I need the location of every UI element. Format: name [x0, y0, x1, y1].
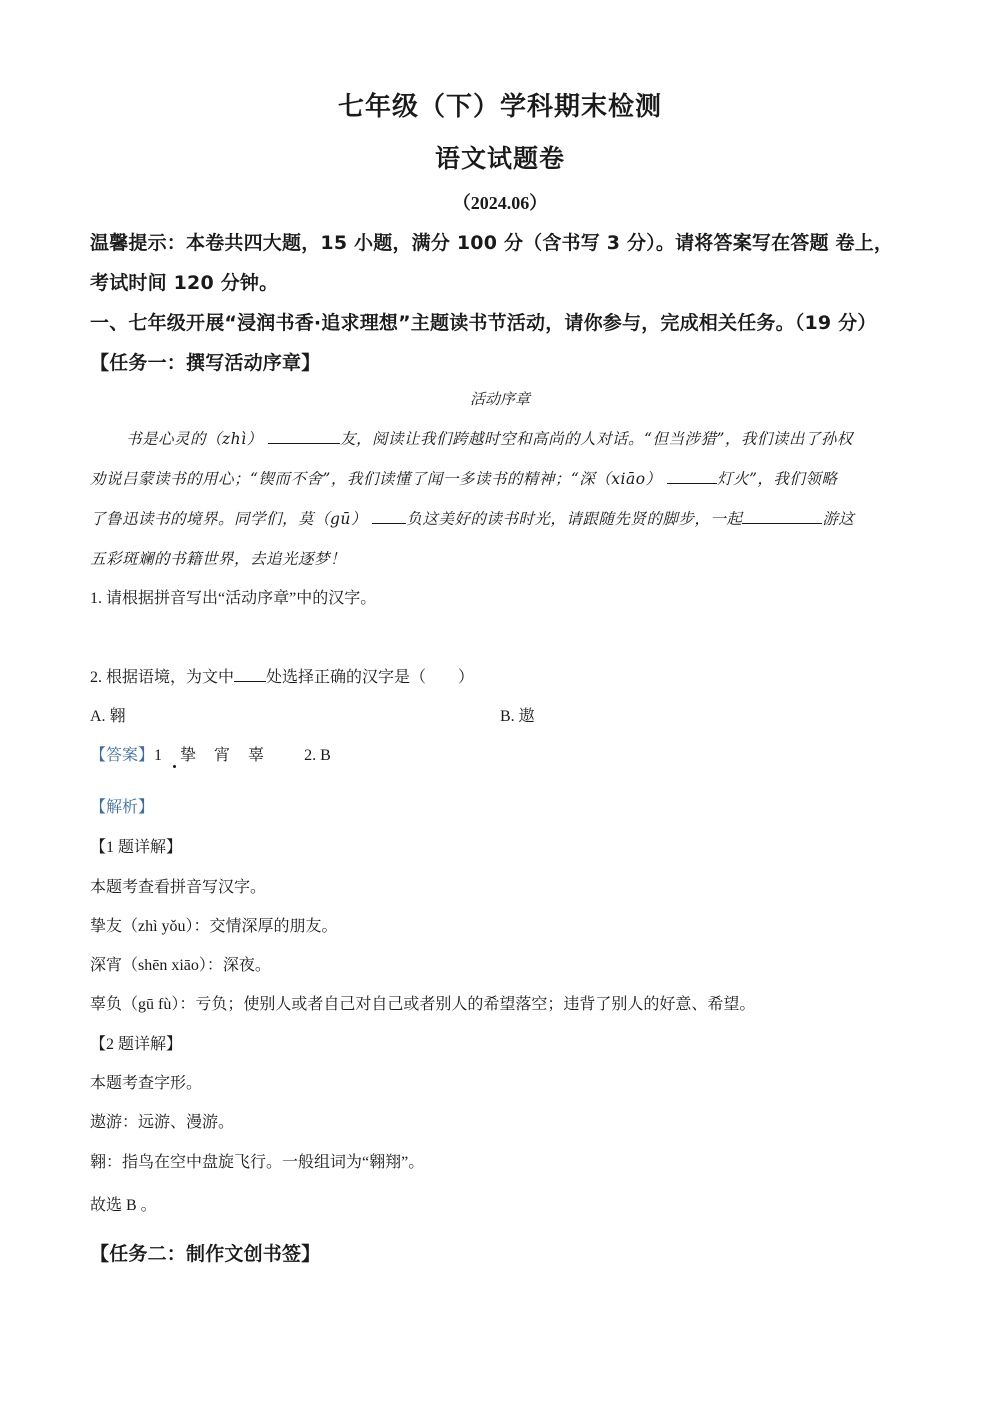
question-2-text: 处选择正确的汉字是（ ） [266, 669, 474, 686]
passage-text: 游这 [822, 510, 854, 528]
passage-text: 了鲁迅读书的境界。同学们，莫（gū） [90, 510, 367, 528]
section-1-heading: 一、七年级开展“浸润书香·追求理想”主题读书节活动，请你参与，完成相关任务。（1… [90, 308, 877, 335]
passage-title: 活动序章 [0, 388, 1000, 409]
question-2-text: 2. 根据语境，为文中 [90, 669, 234, 686]
question-2: 2. 根据语境，为文中处选择正确的汉字是（ ） [90, 664, 474, 687]
notice-line-1: 温馨提示：本卷共四大题，15 小题，满分 100 分（含书写 3 分）。请将答案… [90, 228, 893, 255]
fill-blank-gu[interactable] [372, 509, 406, 524]
task-2-heading: 【任务二：制作文创书签】 [90, 1239, 320, 1266]
q2-detail-heading: 【2 题详解】 [90, 1031, 182, 1054]
exam-subtitle: 语文试题卷 [0, 139, 1000, 175]
q1-detail-line: 辜负（gū fù）：亏负；使别人或者自己对自己或者别人的希望落空；违背了别人的好… [90, 991, 755, 1014]
passage-text: 劝说吕蒙读书的用心；“锲而不舍”，我们读懂了闻一多读书的精神；“深（xiāo） [90, 470, 662, 488]
answer-char: 辜 [248, 747, 264, 764]
answer-char: 宵 [214, 747, 230, 764]
answer-char: 挚 [180, 747, 196, 764]
exam-date: （2024.06） [0, 189, 1000, 215]
analysis-label: 【解析】 [90, 794, 154, 817]
q2-detail-line: 翱：指鸟在空中盘旋飞行。一般组词为“翱翔”。 [90, 1149, 424, 1172]
q2-detail-line: 故选 B 。 [90, 1192, 157, 1215]
q1-detail-line: 深宵（shēn xiāo）：深夜。 [90, 952, 271, 975]
passage-line-1: 书是心灵的（zhì） 友，阅读让我们跨越时空和高尚的人对话。“但当涉猎”，我们读… [126, 427, 853, 449]
fill-blank-zhi[interactable] [268, 429, 340, 444]
passage-text: 负这美好的读书时光，请跟随先贤的脚步，一起 [406, 510, 742, 528]
passage-line-4: 五彩斑斓的书籍世界，去追光逐梦！ [90, 547, 346, 569]
answer-label: 【答案】 [90, 747, 154, 764]
fill-blank-xiao[interactable] [667, 469, 717, 484]
task-1-heading: 【任务一：撰写活动序章】 [90, 348, 320, 375]
question-1: 1. 请根据拼音写出“活动序章”中的汉字。 [90, 585, 376, 608]
option-b[interactable]: B. 遨 [500, 703, 535, 726]
answer-row: 【答案】1挚宵辜2. B [90, 742, 331, 765]
answer-q1-number: 1 [154, 747, 162, 764]
passage-text: 友，阅读让我们跨越时空和高尚的人对话。“但当涉猎”，我们读出了孙权 [340, 430, 853, 448]
passage-line-3: 了鲁迅读书的境界。同学们，莫（gū） 负这美好的读书时光，请跟随先贤的脚步，一起… [90, 507, 854, 529]
passage-text: 灯火”，我们领略 [717, 470, 837, 488]
number-dot [173, 765, 176, 768]
q1-detail-heading: 【1 题详解】 [90, 834, 182, 857]
passage-line-2: 劝说吕蒙读书的用心；“锲而不舍”，我们读懂了闻一多读书的精神；“深（xiāo） … [90, 467, 837, 489]
q2-detail-line: 本题考查字形。 [90, 1070, 202, 1093]
q2-detail-line: 遨游：远游、漫游。 [90, 1109, 234, 1132]
q1-detail-line: 挚友（zhì yǒu）：交情深厚的朋友。 [90, 913, 338, 936]
answer-q2: 2. B [304, 747, 331, 764]
notice-line-2: 考试时间 120 分钟。 [90, 268, 278, 295]
fill-blank-ao[interactable] [742, 509, 822, 524]
question-2-blank [234, 667, 266, 682]
q1-detail-line: 本题考查看拼音写汉字。 [90, 874, 266, 897]
option-a[interactable]: A. 翱 [90, 703, 126, 726]
exam-title: 七年级（下）学科期末检测 [0, 86, 1000, 123]
passage-text: 书是心灵的（zhì） [126, 430, 263, 448]
